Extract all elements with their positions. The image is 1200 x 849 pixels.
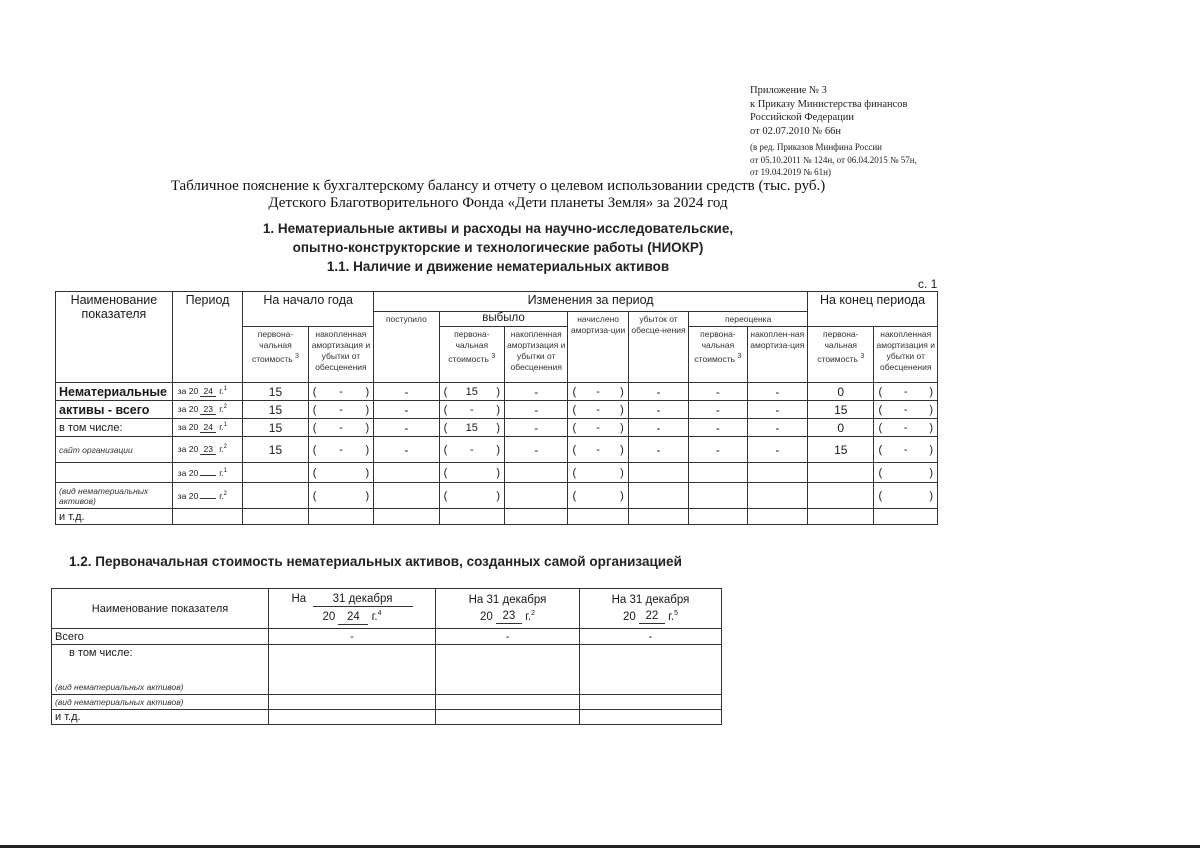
appendix-line: к Приказу Министерства финансов (750, 98, 917, 112)
header-period: Период (172, 292, 242, 383)
t2-cell (269, 710, 436, 725)
section-1-heading-cont: опытно-конструкторские и технологические… (0, 240, 996, 255)
cell-rev-cost: - (689, 383, 747, 401)
cell-impairment: - (628, 401, 688, 419)
header-end-cost: первона-чальная стоимость 3 (808, 327, 874, 383)
t2-cell (269, 695, 436, 710)
cell-empty (308, 509, 373, 525)
appendix-line: от 02.07.2010 № 66н (750, 125, 917, 139)
t2-cell (436, 710, 580, 725)
appendix-line: Российской Федерации (750, 111, 917, 125)
cell-impairment: - (628, 419, 688, 437)
header-depreciation: начислено амортиза-ции (568, 312, 628, 383)
self-created-assets-table: Наименование показателя На 31 декабря 20… (51, 588, 722, 725)
cell-end-cost: 0 (808, 383, 874, 401)
t2-header-col1: На 31 декабря 20 24 г.4 (269, 589, 436, 629)
cell-received (374, 483, 439, 509)
header-end-accum: накопленная амортизация и убытки от обес… (874, 327, 938, 383)
cell-end-accum: () (874, 463, 938, 483)
cell-received: - (374, 419, 439, 437)
cell-depreciation: (-) (568, 401, 628, 419)
section-1-heading: 1. Нематериальные активы и расходы на на… (0, 221, 996, 236)
cell-disp-accum: - (505, 419, 568, 437)
t2-cell: - (269, 629, 436, 645)
table-row-etc: и т.д. (56, 509, 938, 525)
t2-header-col3: На 31 декабря 20 22 г.5 (580, 589, 722, 629)
cell-end-accum: (-) (874, 401, 938, 419)
cell-disp-accum: - (505, 401, 568, 419)
cell-start-cost: 15 (243, 419, 308, 437)
cell-rev-cost: - (689, 419, 747, 437)
header-disp-cost: первона-чальная стоимость 3 (439, 327, 504, 383)
table-row: в том числе:за 2024г.115(-)-(15)-(-)---0… (56, 419, 938, 437)
cell-received: - (374, 383, 439, 401)
cell-depreciation: (-) (568, 437, 628, 463)
cell-received (374, 463, 439, 483)
header-disposed: выбыло (439, 312, 568, 327)
cell-end-accum: () (874, 483, 938, 509)
cell-start-cost: 15 (243, 401, 308, 419)
table-row: за 20г.1()()()() (56, 463, 938, 483)
cell-rev-cost (689, 483, 747, 509)
row-period: за 20г.2 (172, 483, 242, 509)
cell-disp-cost: () (439, 483, 504, 509)
intangible-assets-table: Наименование показателя Период На начало… (55, 291, 938, 525)
row-name (56, 463, 173, 483)
cell-start-cost (243, 483, 308, 509)
cell-rev-accum: - (747, 383, 807, 401)
cell-empty (874, 509, 938, 525)
scan-edge-line (0, 845, 1200, 848)
header-rev-cost: первона-чальная стоимость 3 (689, 327, 747, 383)
t2-row-total-label: Всего (52, 629, 269, 645)
header-impairment: убыток от обесце-нения (628, 312, 688, 383)
header-start-cost: первона-чальная стоимость 3 (243, 327, 308, 383)
appendix-note: (в ред. Приказов Минфина России (750, 141, 917, 154)
row-name: Нематериальные (56, 383, 173, 401)
cell-impairment: - (628, 437, 688, 463)
cell-start-cost: 15 (243, 437, 308, 463)
appendix-note: от 05.10.2011 № 124н, от 06.04.2015 № 57… (750, 154, 917, 167)
cell-rev-cost (689, 463, 747, 483)
cell-empty (808, 509, 874, 525)
row-name: активы - всего (56, 401, 173, 419)
t2-cell (436, 695, 580, 710)
section-1-1-heading: 1.1. Наличие и движение нематериальных а… (0, 259, 996, 274)
row-period: за 2023г.2 (172, 401, 242, 419)
cell-start-accum: (-) (308, 383, 373, 401)
cell-start-accum: (-) (308, 437, 373, 463)
cell-received: - (374, 437, 439, 463)
appendix-reference: Приложение № 3 к Приказу Министерства фи… (750, 84, 917, 179)
cell-empty (172, 509, 242, 525)
header-revaluation: переоценка (689, 312, 808, 327)
appendix-line: Приложение № 3 (750, 84, 917, 98)
row-period: за 2024г.1 (172, 419, 242, 437)
cell-start-cost (243, 463, 308, 483)
t2-row-etc: и т.д. (52, 710, 269, 725)
cell-disp-cost: (-) (439, 437, 504, 463)
cell-rev-accum: - (747, 437, 807, 463)
cell-disp-accum: - (505, 383, 568, 401)
cell-disp-accum: - (505, 437, 568, 463)
document-title: Табличное пояснение к бухгалтерскому бал… (0, 178, 996, 212)
cell-rev-cost: - (689, 437, 747, 463)
t2-row-including: в том числе: (вид нематериальных активов… (52, 645, 269, 695)
cell-start-cost: 15 (243, 383, 308, 401)
t2-cell: - (436, 629, 580, 645)
cell-end-accum: (-) (874, 419, 938, 437)
t2-header-col2: На 31 декабря 20 23 г.2 (436, 589, 580, 629)
cell-start-accum: (-) (308, 401, 373, 419)
header-received: поступило (374, 312, 439, 383)
cell-end-cost: 0 (808, 419, 874, 437)
cell-disp-cost: (15) (439, 383, 504, 401)
appendix-note: от 19.04.2019 № 61н) (750, 166, 917, 179)
header-changes: Изменения за период (374, 292, 808, 312)
cell-empty (243, 509, 308, 525)
title-line-2: Детского Благотворительного Фонда «Дети … (0, 195, 996, 212)
header-name: Наименование показателя (56, 292, 173, 383)
t2-cell (436, 645, 580, 695)
cell-empty (689, 509, 747, 525)
title-line-1: Табличное пояснение к бухгалтерскому бал… (0, 178, 996, 195)
header-start: На начало года (243, 292, 374, 327)
cell-received: - (374, 401, 439, 419)
cell-disp-cost: (-) (439, 401, 504, 419)
t2-row-asset-type: (вид нематериальных активов) (52, 695, 269, 710)
table-row: Нематериальныеза 2024г.115(-)-(15)-(-)--… (56, 383, 938, 401)
row-period: за 2024г.1 (172, 383, 242, 401)
t2-cell (580, 710, 722, 725)
cell-impairment (628, 463, 688, 483)
cell-rev-accum (747, 463, 807, 483)
cell-empty (505, 509, 568, 525)
cell-start-accum: () (308, 483, 373, 509)
t2-cell (580, 645, 722, 695)
cell-end-cost (808, 483, 874, 509)
cell-empty (439, 509, 504, 525)
t2-header-name: Наименование показателя (52, 589, 269, 629)
cell-disp-accum (505, 483, 568, 509)
table-row: сайт организацииза 2023г.215(-)-(-)-(-)-… (56, 437, 938, 463)
cell-impairment (628, 483, 688, 509)
header-start-accum: накопленная амортизация и убытки от обес… (308, 327, 373, 383)
cell-impairment: - (628, 383, 688, 401)
cell-rev-cost: - (689, 401, 747, 419)
row-name-etc: и т.д. (56, 509, 173, 525)
cell-rev-accum (747, 483, 807, 509)
header-end: На конец периода (808, 292, 938, 327)
page-number: с. 1 (918, 277, 937, 291)
row-period: за 20г.1 (172, 463, 242, 483)
cell-depreciation: () (568, 483, 628, 509)
t2-cell (269, 645, 436, 695)
cell-depreciation: () (568, 463, 628, 483)
cell-empty (568, 509, 628, 525)
cell-start-accum: () (308, 463, 373, 483)
row-name: сайт организации (56, 437, 173, 463)
row-name: (вид нематериальных активов) (56, 483, 173, 509)
section-1-2-heading: 1.2. Первоначальная стоимость нематериал… (69, 554, 682, 569)
t2-cell (580, 695, 722, 710)
cell-disp-accum (505, 463, 568, 483)
cell-disp-cost: (15) (439, 419, 504, 437)
cell-end-accum: (-) (874, 437, 938, 463)
cell-start-accum: (-) (308, 419, 373, 437)
row-period: за 2023г.2 (172, 437, 242, 463)
cell-end-cost: 15 (808, 401, 874, 419)
table-row: (вид нематериальных активов)за 20г.2()()… (56, 483, 938, 509)
header-rev-accum: накоплен-ная амортиза-ция (747, 327, 807, 383)
cell-disp-cost: () (439, 463, 504, 483)
cell-end-cost: 15 (808, 437, 874, 463)
cell-end-accum: (-) (874, 383, 938, 401)
cell-depreciation: (-) (568, 383, 628, 401)
cell-empty (374, 509, 439, 525)
header-disp-accum: накопленная амортизация и убытки от обес… (505, 327, 568, 383)
table-row: активы - всегоза 2023г.215(-)-(-)-(-)---… (56, 401, 938, 419)
row-name: в том числе: (56, 419, 173, 437)
cell-rev-accum: - (747, 419, 807, 437)
cell-empty (628, 509, 688, 525)
cell-depreciation: (-) (568, 419, 628, 437)
cell-end-cost (808, 463, 874, 483)
cell-empty (747, 509, 807, 525)
t2-cell: - (580, 629, 722, 645)
cell-rev-accum: - (747, 401, 807, 419)
